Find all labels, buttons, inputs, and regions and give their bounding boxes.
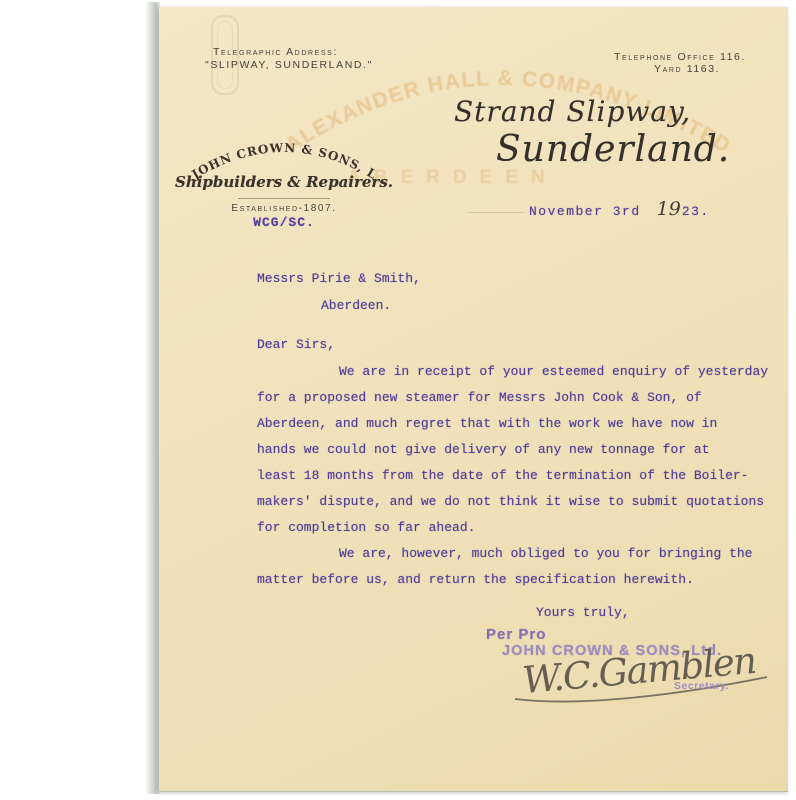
letter-paper: ALEXANDER HALL & COMPANY LIMITED ABERDEE… bbox=[159, 7, 788, 792]
printed-year-prefix: 19 bbox=[657, 198, 681, 220]
telegraphic-address-value: "SLIPWAY, SUNDERLAND." bbox=[205, 59, 373, 72]
secretary-title-stamp: Secretary. bbox=[674, 680, 729, 692]
date-line: November 3rd1923. bbox=[529, 198, 710, 220]
body-line: We are, however, much obliged to you for… bbox=[257, 541, 772, 567]
scanned-letter: ALEXANDER HALL & COMPANY LIMITED ABERDEE… bbox=[0, 0, 796, 800]
telegraphic-address-block: Telegraphic Address: "SLIPWAY, SUNDERLAN… bbox=[205, 46, 373, 72]
established-date: Established-1807. bbox=[169, 203, 399, 214]
recipient-name: Messrs Pirie & Smith, bbox=[257, 271, 421, 286]
body-line: least 18 months from the date of the ter… bbox=[257, 463, 772, 489]
company-logo-block: JOHN CROWN & SONS, LTD Shipbuilders & Re… bbox=[169, 125, 399, 230]
body-line: hands we could not give delivery of any … bbox=[257, 437, 772, 463]
date-rule bbox=[467, 212, 525, 213]
body-line: makers' dispute, and we do not think it … bbox=[257, 489, 772, 515]
telephone-office-number: Telephone Office 116. bbox=[614, 51, 746, 63]
address-strand-slipway: Strand Slipway, bbox=[454, 95, 691, 128]
telegraphic-address-label: Telegraphic Address: bbox=[205, 46, 373, 59]
recipient-city: Aberdeen. bbox=[321, 298, 391, 313]
handwritten-signature: W.C.Gamblen bbox=[509, 627, 774, 712]
page-edge-strip bbox=[146, 2, 160, 794]
typed-year: 23. bbox=[682, 204, 710, 219]
salutation: Dear Sirs, bbox=[257, 337, 335, 352]
typed-date: November 3rd bbox=[529, 204, 641, 219]
reference-initials: WCG/SC. bbox=[169, 215, 399, 230]
body-line: matter before us, and return the specifi… bbox=[257, 567, 772, 593]
address-sunderland: Sunderland. bbox=[496, 129, 730, 170]
body-line: for a proposed new steamer for Messrs Jo… bbox=[257, 385, 772, 411]
body-line: Aberdeen, and much regret that with the … bbox=[257, 411, 772, 437]
closing-phrase: Yours truly, bbox=[536, 605, 630, 620]
svg-text:W.C.Gamblen: W.C.Gamblen bbox=[521, 639, 757, 702]
telephone-yard-number: Yard 1163. bbox=[614, 63, 746, 75]
letter-body: We are in receipt of your esteemed enqui… bbox=[257, 359, 772, 593]
telephone-block: Telephone Office 116. Yard 1163. bbox=[614, 51, 746, 75]
logo-divider bbox=[238, 198, 330, 199]
body-line: We are in receipt of your esteemed enqui… bbox=[257, 359, 772, 385]
trade-description: Shipbuilders & Repairers. bbox=[169, 173, 399, 191]
body-line: for completion so far ahead. bbox=[257, 515, 772, 541]
